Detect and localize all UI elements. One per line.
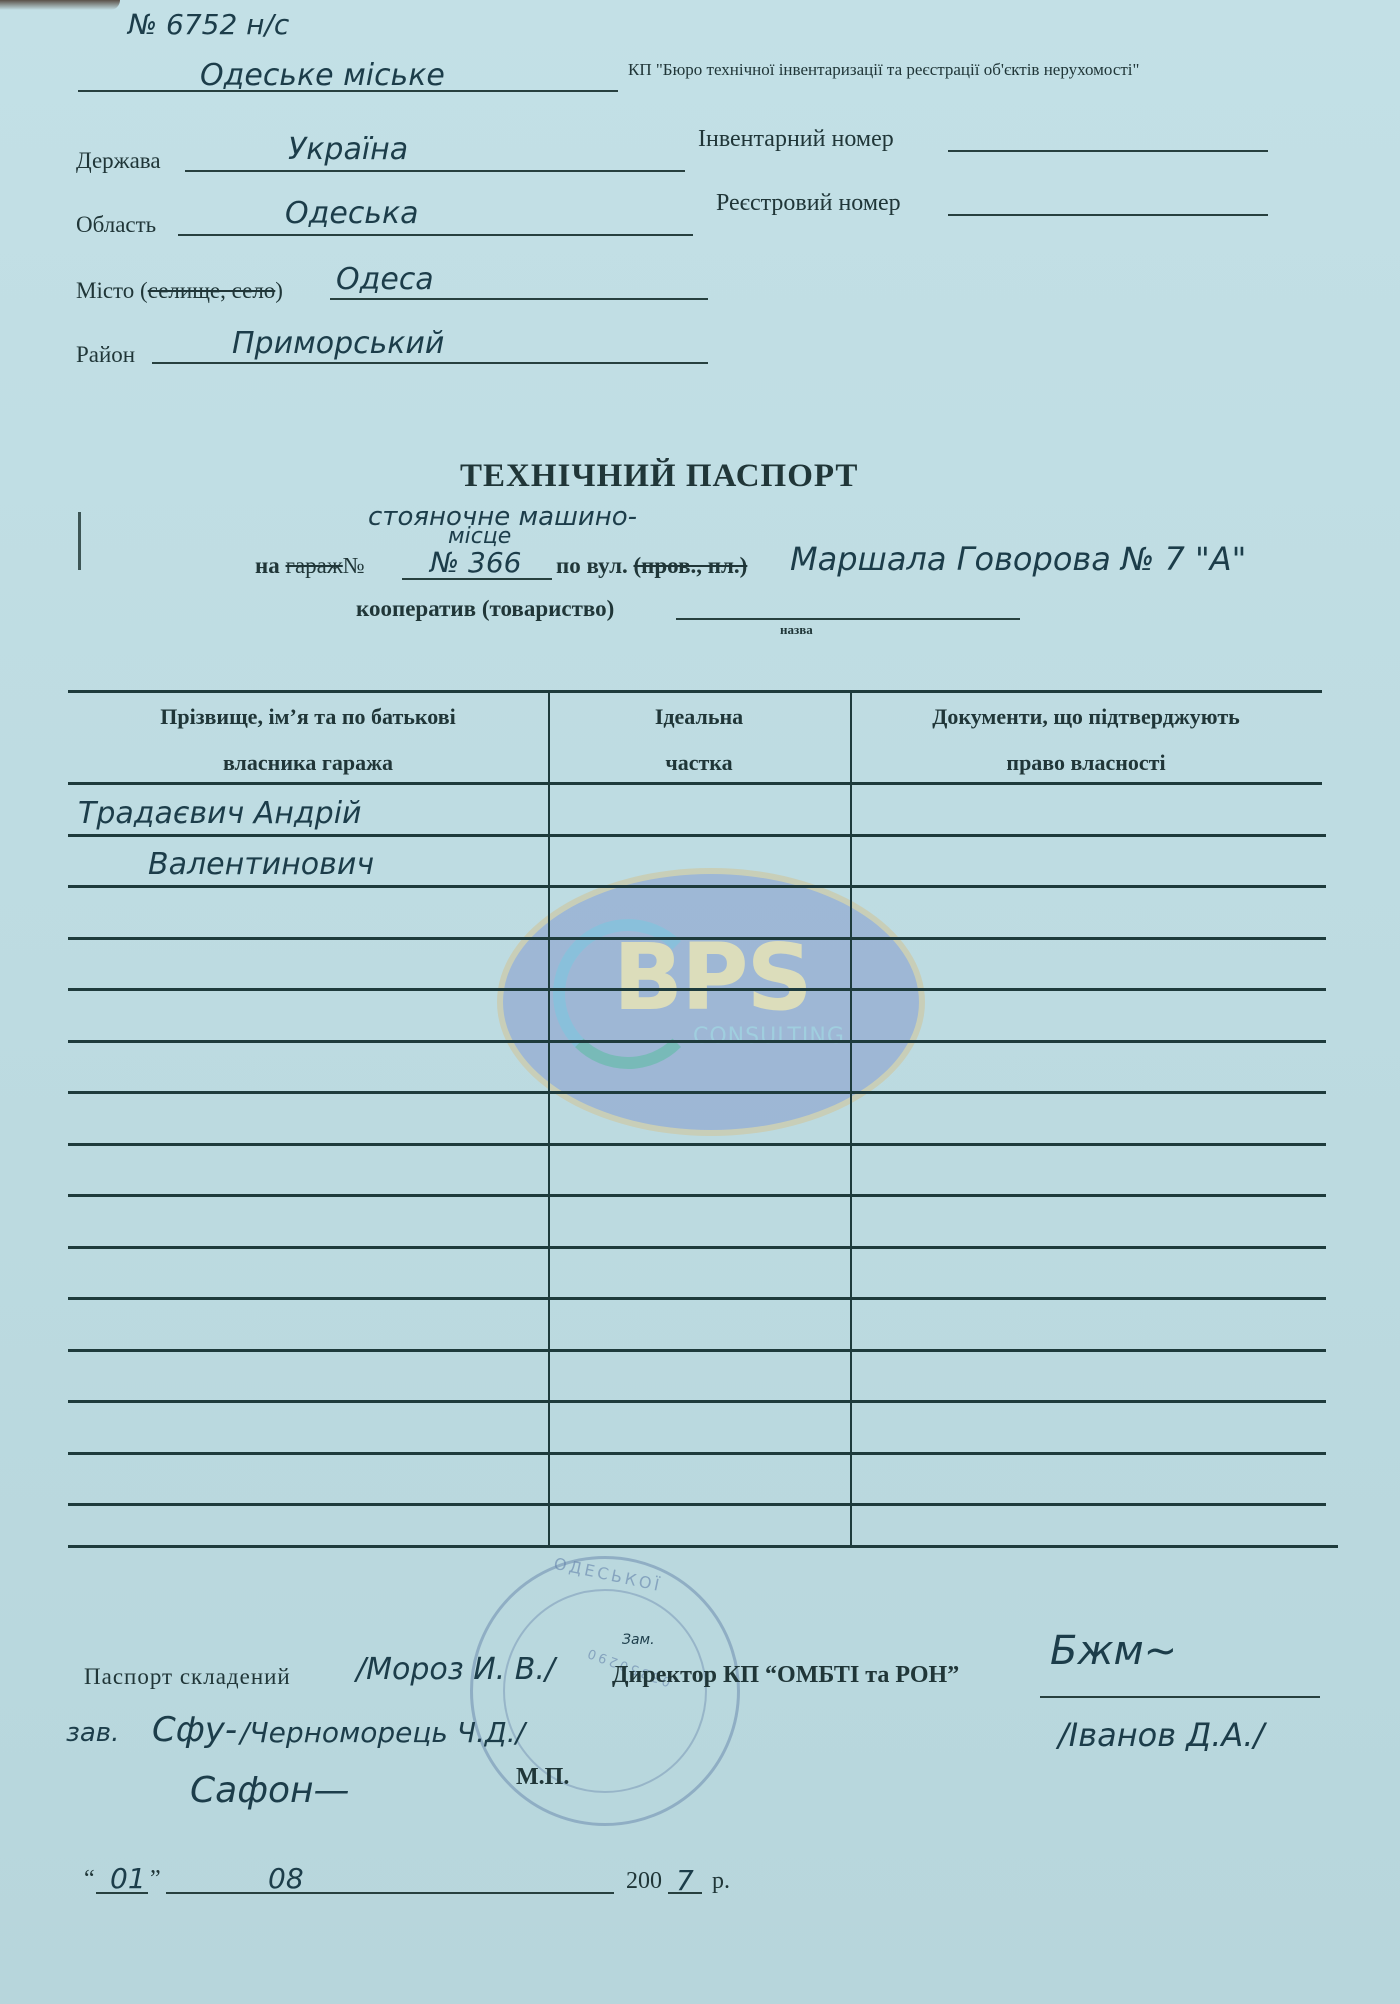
garage-number-value: № 366: [430, 546, 521, 579]
checked-by: /Черноморець Ч.Д./: [240, 1716, 525, 1749]
region-value: Одеська: [285, 196, 419, 231]
registry-number-field: [948, 214, 1268, 216]
table-column-divider: [548, 690, 550, 1545]
inventory-number-label: Інвентарний номер: [698, 126, 894, 153]
city-underline: [330, 298, 708, 300]
city-label-suffix: ): [275, 278, 283, 303]
inventory-number-field: [948, 150, 1268, 152]
street-label-struck: (пров., пл.): [633, 553, 747, 578]
city-label-struck: селище, село: [148, 278, 276, 303]
table-row-line: [68, 1349, 1326, 1352]
watermark-brand: BPS: [613, 924, 811, 1031]
watermark-tagline: CONSULTING: [693, 1024, 845, 1049]
director-signature: Бжм~: [1050, 1628, 1177, 1674]
table-row-line: [68, 834, 1326, 837]
table-header-1: власника гаража: [68, 740, 548, 786]
cooperative-field: [676, 618, 1020, 620]
table-header-2: Ідеальна: [548, 694, 850, 740]
table-row-line: [68, 1452, 1326, 1455]
date-close-quote: ”: [150, 1866, 161, 1893]
district-value: Приморський: [232, 326, 444, 361]
district-label: Район: [76, 342, 135, 368]
subject-struck-garage: гараж: [286, 553, 343, 578]
table-row-line: [68, 1297, 1326, 1300]
photo-edge-shadow: [0, 0, 120, 10]
stamp-inner-ring: [503, 1589, 707, 1793]
table-cell: Валентинович: [148, 847, 374, 882]
table-column-divider: [850, 690, 852, 1545]
bureau-city-council: Одеське міське: [200, 58, 445, 93]
official-stamp: ОДЕСЬКОЇ 03350290: [470, 1556, 740, 1826]
compiled-by: /Мороз И. В./: [356, 1652, 555, 1687]
table-row-line: [68, 1194, 1326, 1197]
state-label: Держава: [76, 148, 161, 174]
table-cell: Традаєвич Андрій: [78, 796, 362, 831]
table-row-line: [68, 1040, 1326, 1043]
compiled-note: Зам.: [622, 1632, 655, 1648]
city-label-prefix: Місто (: [76, 278, 148, 303]
table-header-2: частка: [548, 740, 850, 786]
director-signature-line: [1040, 1696, 1320, 1698]
city-value: Одеса: [336, 262, 434, 297]
cooperative-caption: назва: [780, 622, 813, 638]
director-label: Директор КП “ОМБТІ та РОН”: [612, 1662, 959, 1689]
subject-prefix: на: [255, 553, 280, 578]
table-row-line: [68, 988, 1326, 991]
region-label: Область: [76, 212, 156, 238]
city-label: Місто (селище, село): [76, 278, 283, 304]
document-page: № 6752 н/с Одеське міське КП "Бюро техні…: [0, 0, 1400, 2004]
date-month-underline: [166, 1892, 614, 1894]
registration-number: № 6752 н/с: [128, 8, 289, 41]
table-header-1: Прізвище, ім’я та по батькові: [68, 694, 548, 740]
table-row-line: [68, 1246, 1326, 1249]
table-row-line: [68, 885, 1326, 888]
additional-signature: Сафон—: [190, 1770, 350, 1811]
document-title: ТЕХНІЧНИЙ ПАСПОРТ: [460, 458, 858, 495]
street-label-group: по вул. (пров., пл.): [556, 553, 747, 579]
date-year-suffix: 7: [676, 1864, 694, 1897]
date-open-quote: “: [84, 1866, 95, 1893]
state-value: Україна: [288, 132, 408, 167]
street-value: Маршала Говорова № 7 "А": [790, 540, 1246, 578]
seal-label: М.П.: [516, 1764, 569, 1791]
table-header-3: Документи, що підтверджують: [850, 694, 1322, 740]
table-row-line: [68, 1091, 1326, 1094]
checked-prefix: зав.: [66, 1718, 119, 1748]
date-year-unit: р.: [712, 1868, 730, 1895]
table-row-line: [68, 1400, 1326, 1403]
table-bottom-border: [68, 1545, 1338, 1548]
table-header-3: право власності: [850, 740, 1322, 786]
date-day: 01: [110, 1862, 146, 1895]
state-underline: [185, 170, 685, 172]
table-row-line: [68, 1503, 1326, 1506]
subject-number-sign: №: [343, 553, 365, 578]
date-month: 08: [268, 1862, 304, 1895]
director-name: /Іванов Д.А./: [1058, 1716, 1264, 1754]
table-top-border: [68, 690, 1322, 693]
bureau-label: КП "Бюро технічної інвентаризації та реє…: [628, 60, 1139, 80]
subject-line: на гараж№: [255, 553, 365, 579]
date-year-prefix: 200: [626, 1868, 662, 1895]
table-row-line: [68, 1143, 1326, 1146]
margin-mark: [78, 512, 81, 570]
table-row-line: [68, 937, 1326, 940]
cooperative-label: кооператив (товариство): [356, 596, 614, 622]
checked-signature: Сфу-: [152, 1710, 237, 1750]
registry-number-label: Реєстровий номер: [716, 190, 901, 217]
compiled-label: Паспорт складений: [84, 1664, 291, 1690]
district-underline: [152, 362, 708, 364]
street-label: по вул.: [556, 553, 628, 578]
region-underline: [178, 234, 693, 236]
bps-consulting-watermark: BPS CONSULTING: [497, 868, 925, 1136]
